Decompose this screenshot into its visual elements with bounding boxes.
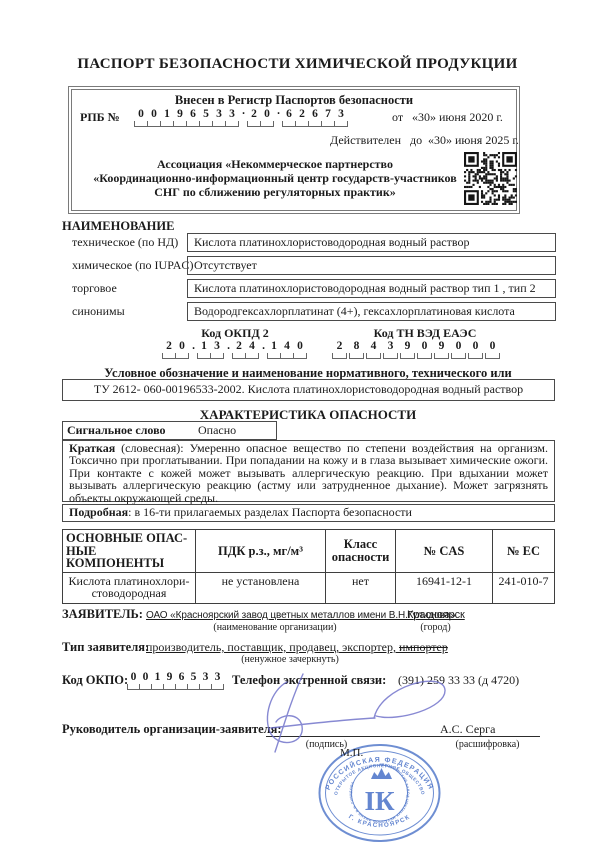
tnved-code-field: 2843909000	[333, 340, 503, 355]
stamp-logo: ІК	[364, 768, 395, 816]
registry-heading: Внесен в Регистр Паспортов безопасности	[68, 93, 520, 108]
handwritten-signature	[235, 666, 465, 758]
applicant-type-label: Тип заявителя:	[62, 640, 149, 655]
rpb-number-field: 00196533·20·62673	[135, 108, 348, 123]
rpb-number-label: РПБ №	[80, 110, 120, 125]
naming-value-technical: Кислота платинохлористоводородная водный…	[187, 233, 556, 252]
svg-text:ІК: ІК	[364, 786, 395, 816]
naming-value-trade: Кислота платинохлористоводородная водный…	[187, 279, 556, 298]
association-line-2: «Координационно-информационный центр гос…	[70, 171, 480, 185]
cell-ec: 241-010-7	[493, 572, 555, 603]
col-header-pdk: ПДК р.з., мг/м³	[196, 530, 326, 573]
applicant-type-options-text: производитель, поставщик, продавец, эксп…	[146, 640, 399, 654]
association-line-3: СНГ по сближению регуляторных практик»	[70, 185, 480, 199]
applicant-type-caption: (ненужное зачеркнуть)	[190, 654, 390, 665]
qr-code	[464, 152, 517, 205]
okpo-field: 00196533	[128, 671, 224, 686]
table-row: Кислота платинохлори­стоводородная не ус…	[63, 572, 555, 603]
valid-word: Действителен	[330, 133, 401, 148]
okpd-code-field: 20.13.24.140	[163, 340, 307, 355]
normative-value: ТУ 2612- 060-00196533-2002. Кислота плат…	[62, 379, 555, 401]
okpd-code-label: Код ОКПД 2	[160, 326, 310, 341]
page-title: ПАСПОРТ БЕЗОПАСНОСТИ ХИМИЧЕСКОЙ ПРОДУКЦИ…	[0, 56, 595, 73]
naming-label-trade: торговое	[72, 281, 117, 296]
col-header-components: ОСНОВНЫЕ ОПАС­НЫЕ КОМПОНЕНТЫ	[63, 530, 196, 573]
naming-value-chemical: Отсутствует	[187, 256, 556, 275]
applicant-type-struck-option: импортер	[399, 640, 448, 654]
components-table-header-row: ОСНОВНЫЕ ОПАС­НЫЕ КОМПОНЕНТЫ ПДК р.з., м…	[63, 530, 555, 573]
hazard-brief-box: Краткая (словесная): Умеренно опасное ве…	[62, 440, 555, 502]
hazard-detailed-box: Подробная: в 16-ти прилагаемых разделах …	[62, 504, 555, 522]
valid-prefix: до	[410, 133, 422, 148]
signal-word-label: Сигнальное слово	[67, 423, 195, 438]
naming-label-chemical: химическое (по IUPAC)	[72, 258, 193, 273]
hazard-brief-text: (словесная): Умеренно опасное вещество п…	[69, 441, 548, 505]
signal-word-value: Опасно	[198, 423, 236, 437]
hazard-detailed-text: : в 16-ти прилагаемых разделах Паспорта …	[128, 505, 412, 519]
naming-value-synonyms: Водородгексахлорплатинат (4+), гексахлор…	[187, 302, 556, 321]
cell-hazard-class: нет	[326, 572, 396, 603]
col-header-hazard-class: Класс опасности	[326, 530, 396, 573]
applicant-label: ЗАЯВИТЕЛЬ:	[62, 607, 143, 622]
issued-date: «30» июня 2020 г.	[412, 110, 503, 125]
cell-component-name: Кислота платинохлори­стоводородная	[63, 572, 196, 603]
naming-label-technical: техническое (по НД)	[72, 235, 178, 250]
applicant-type-options: производитель, поставщик, продавец, эксп…	[146, 640, 448, 655]
cell-pdk: не установлена	[196, 572, 326, 603]
tnved-code-label: Код ТН ВЭД ЕАЭС	[345, 326, 505, 341]
applicant-organization-caption: (наименование организации)	[150, 622, 400, 633]
components-table: ОСНОВНЫЕ ОПАС­НЫЕ КОМПОНЕНТЫ ПДК р.з., м…	[62, 529, 555, 604]
cell-cas: 16941-12-1	[396, 572, 493, 603]
applicant-city-caption: (город)	[398, 622, 473, 633]
col-header-cas: № CAS	[396, 530, 493, 573]
col-header-ec: № ЕС	[493, 530, 555, 573]
safety-passport-page: ПАСПОРТ БЕЗОПАСНОСТИ ХИМИЧЕСКОЙ ПРОДУКЦИ…	[0, 0, 595, 842]
issued-prefix: от	[392, 110, 403, 125]
valid-date: «30» июня 2025 г.	[428, 133, 519, 148]
applicant-city: Красноярск	[407, 609, 465, 621]
hazard-detailed-label: Подробная	[69, 505, 128, 519]
naming-heading: НАИМЕНОВАНИЕ	[62, 219, 174, 234]
okpo-label: Код ОКПО:	[62, 673, 128, 688]
signal-word-row: Сигнальное слово Опасно	[62, 421, 277, 440]
naming-label-synonyms: синонимы	[72, 304, 125, 319]
association-line-1: Ассоциация «Некоммерческое партнерство	[70, 157, 480, 171]
